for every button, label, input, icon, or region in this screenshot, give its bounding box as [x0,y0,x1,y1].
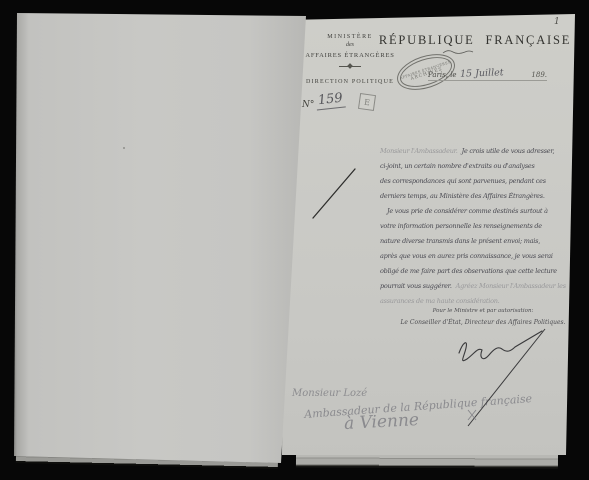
body-line: nature diverse transmis dans le présent … [380,234,548,249]
body-line: des correspondances qui sont parvenues, … [380,174,548,189]
letterhead-affaires-etrangeres: AFFAIRES ÉTRANGÈRES [290,52,410,59]
margin-slash-mark [313,169,355,218]
signature-scrawl [459,331,542,361]
body-line: Je vous prie de considérer comme destiné… [380,204,548,219]
letterhead-des: des [290,42,410,48]
body-text: Je vous prie de considérer comme destiné… [387,207,548,215]
letter-body: Monsieur l'Ambassadeur.Je crois utile de… [380,144,548,309]
letterhead-ministry: MINISTÈRE [290,34,410,40]
body-line: derniers temps, au Ministère des Affaire… [380,189,548,204]
dossier-number-handwritten: 159 [315,91,345,111]
body-line: obligé de me faire part des observations… [380,264,548,279]
date-year: 189. [531,71,547,79]
body-text: pourrait vous suggérer. [380,282,452,290]
body-line: Monsieur l'Ambassadeur.Je crois utile de… [380,144,548,159]
date-prefix: Paris, le [428,71,457,79]
body-text: des correspondances qui sont parvenues, … [380,177,546,185]
paper-speck [123,147,125,149]
blank-left-page [13,12,307,464]
body-text: votre information personnelle les rensei… [380,222,542,230]
body-line: pourrait vous suggérer.Agréez Monsieur l… [380,279,548,294]
body-line: votre information personnelle les rensei… [380,219,548,234]
body-text: Je crois utile de vous adresser, [462,147,555,155]
body-text: nature diverse transmis dans le présent … [380,237,540,245]
folio-number: 1 [554,17,560,27]
body-text: derniers temps, au Ministère des Affaire… [380,192,545,200]
letterhead-direction-politique: DIRECTION POLITIQUE [290,79,410,85]
body-line: ci-joint, un certain nombre d'extraits o… [380,159,548,174]
cross-out-mark [468,410,476,420]
body-text: obligé de me faire part des observations… [380,267,557,275]
e-stamp-icon: E [358,93,376,111]
body-text: ci-joint, un certain nombre d'extraits o… [380,162,535,170]
title-flourish-icon [443,51,473,54]
date-line: Paris, le 15 Juillet 189. [428,68,547,81]
letter-page: 1 RÉPUBLIQUE FRANÇAISE MINISTÈRE des AFF… [282,14,576,457]
body-text: après que vous en aurez pris connaissanc… [380,252,553,260]
scanned-letter-page: 1 RÉPUBLIQUE FRANÇAISE MINISTÈRE des AFF… [0,0,589,480]
letterhead-divider [339,64,361,68]
dossier-number-label: N° [302,100,314,110]
pencil-closing-line2: assurances de ma haute considération. [380,297,500,305]
authorization-line: Pour le Ministre et par autorisation: [378,308,588,314]
pencil-salutation: Monsieur l'Ambassadeur. [380,147,458,155]
address-recipient-name: Monsieur Lozé [292,388,367,399]
date-handwritten: 15 Juillet [459,67,503,80]
letterhead: MINISTÈRE des AFFAIRES ÉTRANGÈRES DIRECT… [290,34,410,85]
signature-block: Pour le Ministre et par autorisation: Le… [378,308,588,326]
body-line: après que vous en aurez pris connaissanc… [380,249,548,264]
body-line: assurances de ma haute considération. [380,294,548,309]
pencil-closing-line1: Agréez Monsieur l'Ambassadeur les [456,282,566,290]
address-city: à Vienne [344,410,420,434]
signature-tail-stroke [468,329,545,426]
signatory-title-line: Le Conseiller d'État, Directeur des Affa… [378,319,588,326]
